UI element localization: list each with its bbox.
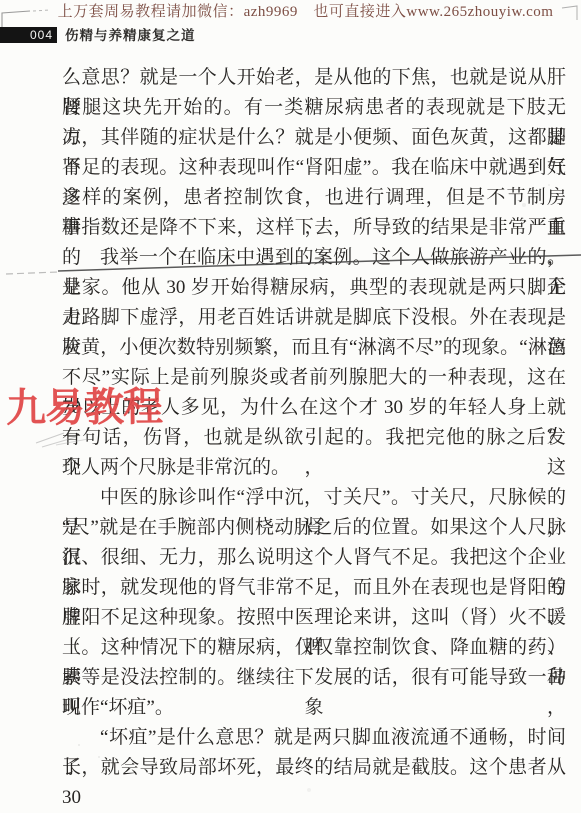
text-line: “坏疽”是什么意思？就是两只脚血液流通不通畅，时间长 <box>62 723 566 753</box>
text-line: 业家。他从 30 岁开始得糖尿病，典型的表现就是两只脚无力， <box>62 273 566 303</box>
text-line: 灰黄，小便次数特别频繁，而且有“淋漓不尽”的现象。“淋漓 <box>62 333 566 363</box>
page-number-bar: 004 <box>0 27 57 43</box>
text-line: 脉时，就发现他的肾气非常不足，而且外在表现也是肾阳亏虚、 <box>62 573 566 603</box>
text-line: 凉，其伴随的症状是什么？就是小便频、面色灰黄，这都是肾气 <box>62 123 566 153</box>
text-line: 土。这种情况下的糖尿病，仅仅靠控制饮食、降血糖的药、胰岛 <box>62 633 566 663</box>
body-text: 么意思？就是一个人开始老，是从他的下焦，也就是说从肝肾、腰腿这块先开始的。有一类… <box>62 63 566 783</box>
text-line: “尺”就是在手腕部内侧桡动脉之后的位置。如果这个人尺脉很 <box>62 513 566 543</box>
text-line: 么意思？就是一个人开始老，是从他的下焦，也就是说从肝肾、 <box>62 63 566 93</box>
page-number: 004 <box>30 28 53 42</box>
text-line: 沉、很细、无力，那么说明这个人肾气不足。我把这个企业家的 <box>62 543 566 573</box>
text-line: 中医的脉诊叫作“浮中沉，寸关尺”。寸关尺，尺脉候的是肾， <box>62 483 566 513</box>
text-line: 素等是没法控制的。继续往下发展的话，很有可能导致一种现象， <box>62 663 566 693</box>
text-line: 岁以上的老人多见，为什么在这个才 30 岁的年轻人身上就有？ <box>62 393 566 423</box>
text-line: 不尽”实际上是前列腺炎或者前列腺肥大的一种表现，这在 70 <box>62 363 566 393</box>
text-line: 糖指数还是降不下来，这样下去，所导致的结果是非常严重的。 <box>62 213 566 243</box>
text-line: 我举一个在临床中遇到的案例。这个人做旅游产业的，是企 <box>62 243 566 273</box>
text-line: 这样的案例，患者控制饮食，也进行调理，但是不节制房事，血 <box>62 183 566 213</box>
scan-speck <box>78 744 80 746</box>
promo-banner-text: 上万套周易教程请加微信：azh9969 也可直接进入www.265zhouyiw… <box>40 2 571 22</box>
scanned-book-page: 上万套周易教程请加微信：azh9969 也可直接进入www.265zhouyiw… <box>0 0 581 813</box>
text-line: 不足的表现。这种表现叫作“肾阳虚”。我在临床中就遇到好多 <box>62 153 566 183</box>
text-line: 脾阳不足这种现象。按照中医理论来讲，这叫（肾）火不暖（脾） <box>62 603 566 633</box>
text-line: 腰腿这块先开始的。有一类糖尿病患者的表现就是下肢无力、脚 <box>62 93 566 123</box>
text-line: 了，就会导致局部坏死，最终的结局就是截肢。这个患者从 30 <box>62 753 566 783</box>
text-line: 走路脚下虚浮，用老百姓话讲就是脚底下没根。外在表现是脸色 <box>62 303 566 333</box>
book-title: 伤精与养精康复之道 <box>65 27 196 43</box>
text-line: 一句话，伤肾，也就是纵欲引起的。我把完他的脉之后发现，这 <box>62 423 566 453</box>
